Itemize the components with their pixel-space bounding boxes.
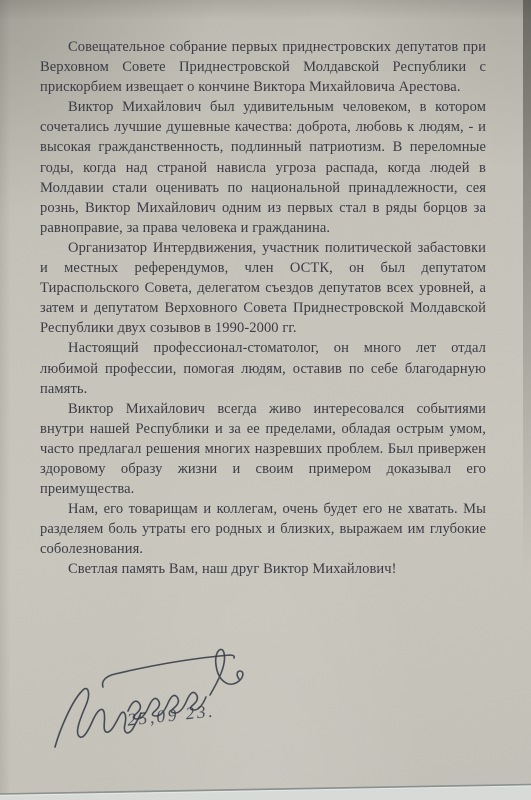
paper-bottom-edge — [0, 782, 531, 800]
paragraph-profession: Настоящий профессионал-стоматолог, он мн… — [40, 338, 486, 398]
letter-text: Совещательное собрание первых приднестро… — [40, 37, 486, 580]
paragraph-political-career: Организатор Интердвижения, участник поли… — [40, 238, 486, 338]
handwritten-signature — [45, 643, 275, 763]
paragraph-personality: Виктор Михайлович всегда живо интересова… — [40, 399, 486, 499]
paper-right-edge-shadow — [523, 0, 531, 576]
paragraph-condolences: Нам, его товарищам и коллегам, очень буд… — [40, 499, 486, 559]
document-photo: Совещательное собрание первых приднестро… — [0, 0, 531, 800]
paragraph-farewell: Светлая память Вам, наш друг Виктор Миха… — [40, 559, 486, 579]
paragraph-opening: Совещательное собрание первых приднестро… — [40, 37, 486, 97]
signature-block: 25,09 23. — [45, 643, 275, 763]
paragraph-character: Виктор Михайлович был удивительным челов… — [40, 97, 486, 238]
